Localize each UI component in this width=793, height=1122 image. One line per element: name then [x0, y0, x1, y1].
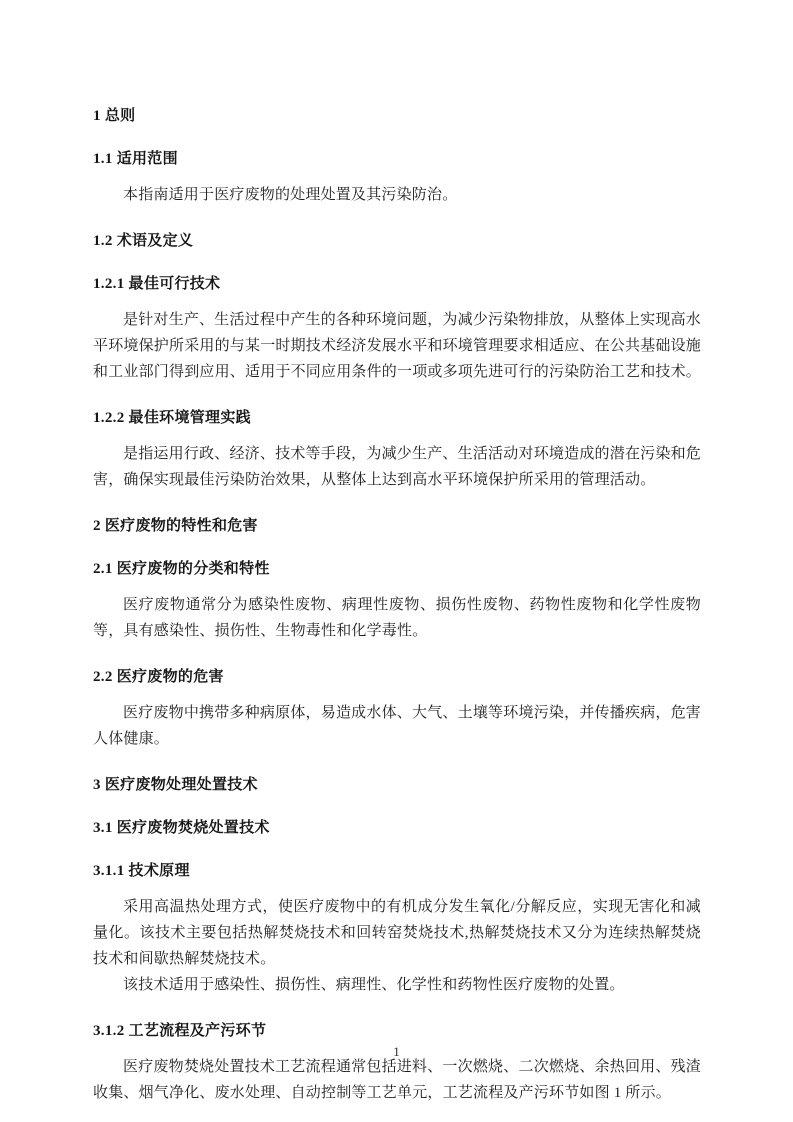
- heading-2-1: 2.1 医疗废物的分类和特性: [93, 559, 701, 579]
- heading-1-2-2: 1.2.2 最佳环境管理实践: [93, 408, 701, 428]
- heading-1: 1 总则: [93, 106, 701, 126]
- para-1-2-1: 是针对生产、生活过程中产生的各种环境问题，为减少污染物排放，从整体上实现高水平环…: [93, 307, 701, 385]
- para-1-2-2: 是指运用行政、经济、技术等手段，为减少生产、生活活动对环境造成的潜在污染和危害，…: [93, 441, 701, 493]
- heading-3: 3 医疗废物处理处置技术: [93, 775, 701, 795]
- heading-2: 2 医疗废物的特性和危害: [93, 516, 701, 536]
- para-3-1-2: 医疗废物焚烧处置技术工艺流程通常包括进料、一次燃烧、二次燃烧、余热回用、残渣收集…: [93, 1054, 701, 1106]
- para-3-1-1b: 该技术适用于感染性、损伤性、病理性、化学性和药物性医疗废物的处置。: [93, 972, 701, 998]
- para-2-2: 医疗废物中携带多种病原体，易造成水体、大气、土壤等环境污染，并传播疾病，危害人体…: [93, 700, 701, 752]
- heading-3-1-2: 3.1.2 工艺流程及产污环节: [93, 1021, 701, 1041]
- page-footer: 1: [0, 1044, 793, 1060]
- heading-1-2-1: 1.2.1 最佳可行技术: [93, 274, 701, 294]
- heading-3-1: 3.1 医疗废物焚烧处置技术: [93, 818, 701, 838]
- para-2-1: 医疗废物通常分为感染性废物、病理性废物、损伤性废物、药物性废物和化学性废物等，具…: [93, 592, 701, 644]
- para-3-1-1a: 采用高温热处理方式，使医疗废物中的有机成分发生氧化/分解反应，实现无害化和减量化…: [93, 894, 701, 972]
- heading-2-2: 2.2 医疗废物的危害: [93, 667, 701, 687]
- heading-1-2: 1.2 术语及定义: [93, 231, 701, 251]
- para-1-1: 本指南适用于医疗废物的处理处置及其污染防治。: [93, 182, 701, 208]
- document-page: 1 总则1.1 适用范围本指南适用于医疗废物的处理处置及其污染防治。1.2 术语…: [0, 0, 793, 1122]
- page-number: 1: [393, 1044, 400, 1059]
- document-content: 1 总则1.1 适用范围本指南适用于医疗废物的处理处置及其污染防治。1.2 术语…: [93, 106, 701, 1106]
- heading-1-1: 1.1 适用范围: [93, 149, 701, 169]
- heading-3-1-1: 3.1.1 技术原理: [93, 861, 701, 881]
